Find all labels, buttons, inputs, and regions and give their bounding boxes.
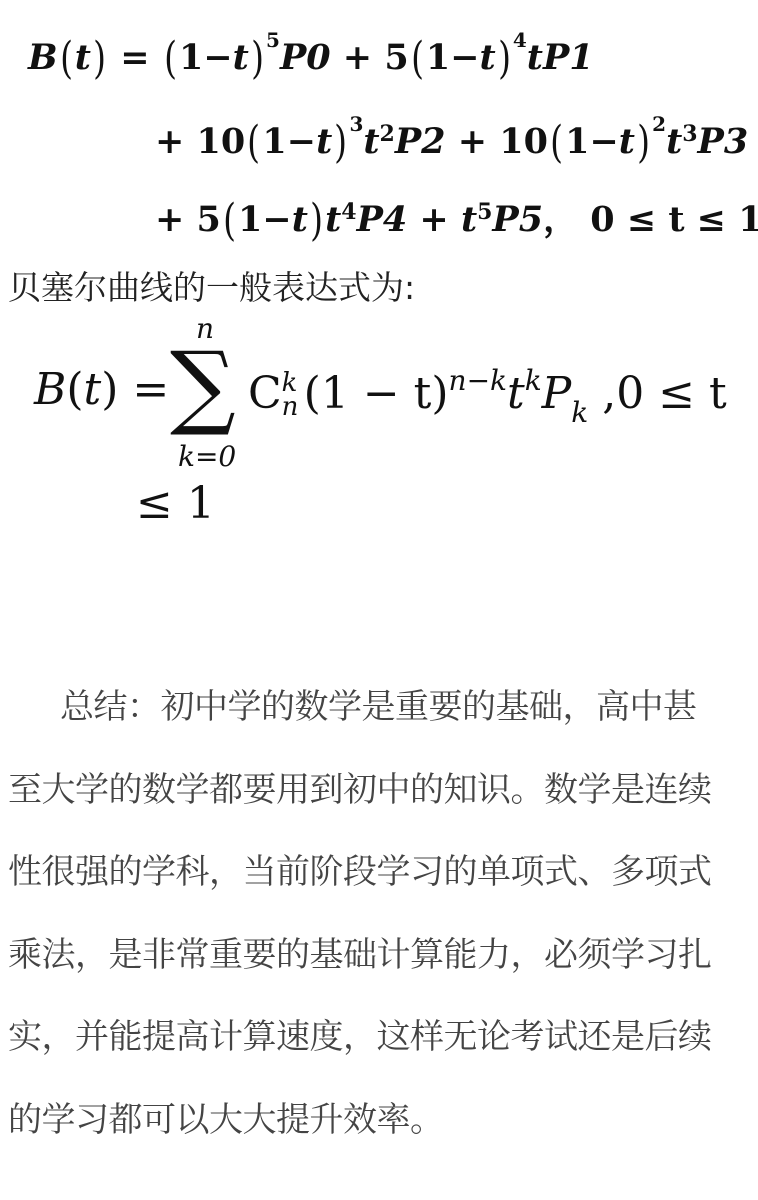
general-tail: ≤ 1	[136, 478, 215, 529]
summary-paragraph: 总结：初中学的数学是重要的基础，高中甚至大学的数学都要用到初中的知识。数学是连续…	[8, 666, 728, 1161]
general-rhs: Ckn(1 − t)n−ktkPk ,0 ≤ t	[248, 364, 727, 429]
sum-lower-limit: k=0	[178, 440, 236, 473]
sum-upper-limit: n	[196, 312, 214, 345]
summation-sigma: ∑	[170, 340, 236, 432]
general-lhs: B(t) =	[34, 364, 169, 415]
formula-general: B(t) = ∑ n k=0 Ckn(1 − t)n−ktkPk ,0 ≤ t …	[0, 0, 758, 560]
